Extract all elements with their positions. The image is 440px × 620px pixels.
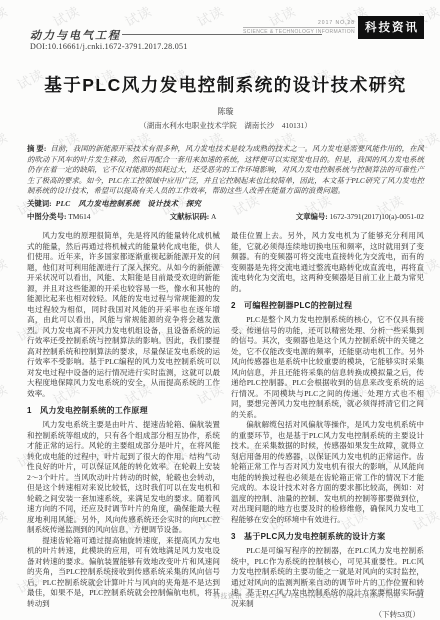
footer-journal-name: 科技资讯 SCIENCE & TECHNOLOGY INFORMATION <box>213 591 399 600</box>
left-column: 风力发电的原理很简单，先是将风的能量转化成机械式的能量，然后再通过将机械式的能量… <box>27 231 220 620</box>
author-affiliation: （湖南水利水电职业技术学院 湖南长沙 410131） <box>27 120 424 131</box>
keywords-label: 关键词: <box>27 199 52 208</box>
article-body: 风力发电的原理很简单，先是将风的能量转化成机械式的能量，然后再通过将机械式的能量… <box>27 231 424 620</box>
body-paragraph: PLC是整个风力发电控制系统的核心，它不仅具有接受、传递信号的功能，还可以精密处… <box>231 315 424 420</box>
journal-english-name: SCIENCE & TECHNOLOGY INFORMATION <box>243 29 355 35</box>
clc-number: 中图分类号: TM614 <box>27 212 90 223</box>
keywords-text: PLC 风力发电控制系统 设计技术 探究 <box>56 199 202 208</box>
journal-masthead: 2017 NO.28 SCIENCE & TECHNOLOGY INFORMAT… <box>243 16 424 39</box>
abstract-text: 目前，我国的新能源开采技术有很多种，风力发电技术是较为成熟的技术之一。风力发电是… <box>27 144 424 195</box>
abstract: 摘 要:目前，我国的新能源开采技术有很多种，风力发电技术是较为成熟的技术之一。风… <box>27 144 424 197</box>
abstract-label: 摘 要: <box>27 144 46 153</box>
right-column: 最佳位置上去。另外，风力发电机为了能够充分利用风能，它就必须得连续地切换电压和频… <box>231 231 424 620</box>
issue-number: 2017 NO.28 <box>243 20 355 28</box>
keywords-line: 关键词:PLC 风力发电控制系统 设计技术 探究 <box>27 199 424 210</box>
author-name: 陈璇 <box>27 106 424 117</box>
paper-page: 动力与电气工程 DOI:10.16661/j.cnki.1672-3791.20… <box>0 0 440 620</box>
article-title: 基于PLC风力发电控制系统的设计技术研究 <box>27 72 424 97</box>
section-heading: 1 风力发电控制系统的工作原理 <box>27 405 220 416</box>
body-paragraph: 偏航解缆包括对风偏航等操作，是风力发电机系统中的重要环节，也是基于PLC风力发电… <box>231 420 424 525</box>
doi-text: DOI:10.16661/j.cnki.1672-3791.2017.28.05… <box>30 42 188 51</box>
section-heading: 2 可编程控制器PLC的控制过程 <box>231 300 424 311</box>
journal-section-label: 动力与电气工程 <box>30 30 121 42</box>
section-heading: 3 基于PLC风力发电控制系统的设计方案 <box>231 531 424 542</box>
body-paragraph: 风力发电的原理很简单，先是将风的能量转化成机械式的能量，然后再通过将机械式的能量… <box>27 231 220 399</box>
body-paragraph: 风力发电系统主要是由叶片、提速齿轮箱、偏航装置和控制系统等组成的，只有各个组成部… <box>27 420 220 536</box>
journal-masthead-text: 2017 NO.28 SCIENCE & TECHNOLOGY INFORMAT… <box>243 20 355 35</box>
body-paragraph: 提速齿轮箱可通过提高轴旋转速度，来提高风力发电机的叶片转速，此模块的应用，可有效… <box>27 536 220 610</box>
body-paragraph: 最佳位置上去。另外，风力发电机为了能够充分利用风能，它就必须得连续地切换电压和频… <box>231 231 424 294</box>
classification-line: 中图分类号: TM614 文献标识码: A 文章编号: 1672-3791(20… <box>27 212 424 223</box>
abstract-block: 摘 要:目前，我国的新能源开采技术有很多种，风力发电技术是较为成熟的技术之一。风… <box>27 144 424 222</box>
page-number: 51 <box>416 591 424 600</box>
continuation-note: （下转53页） <box>231 610 424 620</box>
page-header: 动力与电气工程 DOI:10.16661/j.cnki.1672-3791.20… <box>27 14 424 58</box>
article-id: 文章编号: 1672-3791(2017)10(a)-0051-02 <box>296 212 424 223</box>
journal-name-badge: 科技资讯 <box>358 16 424 39</box>
document-code: 文献标识码: A <box>170 212 217 223</box>
page-footer: 科技资讯 SCIENCE & TECHNOLOGY INFORMATION 51 <box>213 591 424 600</box>
